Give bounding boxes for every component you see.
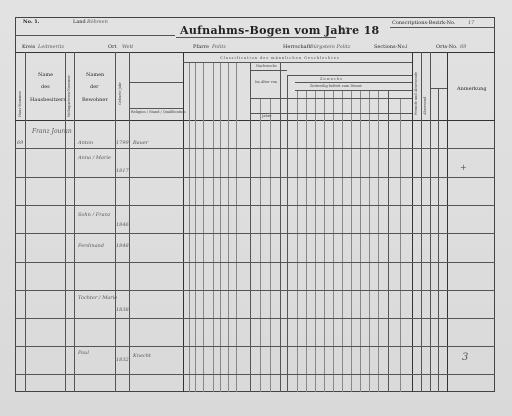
row-divider xyxy=(15,233,495,234)
nachwuchs-header: Nachwuchs xyxy=(256,64,277,68)
row-qualification: Knecht xyxy=(133,353,151,359)
row-birth: 1848 xyxy=(116,243,129,249)
col-line xyxy=(129,52,130,392)
divider xyxy=(390,27,495,28)
row-qualification: Bauer xyxy=(133,140,148,146)
residents-header-2: der xyxy=(90,84,99,90)
col-line xyxy=(400,98,401,392)
census-page: No. 1. Land Böhmen Aufnahms-Bogen vom Ja… xyxy=(0,0,512,416)
row-divider xyxy=(15,318,495,319)
row-divider xyxy=(15,177,495,178)
divider xyxy=(250,113,412,114)
conscription-value: 17 xyxy=(468,20,474,26)
row-resident: Sohn / Franz xyxy=(78,212,110,218)
kreis-value: Leitmeritz xyxy=(38,44,64,50)
divider xyxy=(129,82,183,83)
birth-year-header: Geburts-Jahr xyxy=(118,82,122,105)
col-line xyxy=(250,62,251,392)
row-birth: 1799 xyxy=(116,140,129,146)
divider xyxy=(295,82,412,83)
row-owner: Franz Jouran xyxy=(32,128,72,135)
col-line xyxy=(220,62,221,392)
form-title: Aufnahms-Bogen vom Jahre 18 xyxy=(180,24,380,37)
col-line xyxy=(270,98,271,392)
pfarre-label: Pfarre xyxy=(193,44,209,50)
col-line xyxy=(228,62,229,392)
remarks-header: Anmerkung xyxy=(457,86,487,92)
zeitweilig-header: Zeitweilig befreit zum Dienst xyxy=(310,84,362,88)
col-line xyxy=(65,52,66,392)
col-line xyxy=(260,98,261,392)
col-line xyxy=(74,52,75,392)
divider xyxy=(250,70,287,71)
col-line xyxy=(236,62,237,392)
row-resident: Paul xyxy=(78,350,89,356)
orts-value: 69 xyxy=(460,44,466,50)
col-line xyxy=(412,52,413,392)
pfarre-value: Politz xyxy=(212,44,226,50)
owner-header-1: Name xyxy=(38,72,53,78)
divider xyxy=(15,52,495,53)
row-divider xyxy=(15,262,495,263)
col-line xyxy=(447,52,448,392)
row-divider xyxy=(15,148,495,149)
divider xyxy=(15,35,175,36)
row-divider xyxy=(15,374,495,375)
row-remark: + xyxy=(460,163,467,172)
divider xyxy=(295,90,412,91)
divider xyxy=(129,108,183,109)
in-alter-header: Im Alter von xyxy=(255,80,277,84)
row-resident: Anton xyxy=(78,140,93,146)
zuwachs-header: Zuwachs xyxy=(320,77,343,81)
divider xyxy=(183,62,412,63)
col-line xyxy=(430,52,431,392)
sections-value: 1 xyxy=(405,44,408,50)
land-label: Land xyxy=(73,19,86,25)
divider xyxy=(15,120,495,121)
form-number: No. 1. xyxy=(23,19,40,25)
col-line xyxy=(421,52,422,392)
divider xyxy=(287,75,412,76)
herrschaft-label: Herrschaft xyxy=(283,44,311,50)
row-birth: 1832 xyxy=(116,357,129,363)
owner-header-3: Hausbesitzers xyxy=(30,97,66,103)
divider xyxy=(176,37,336,38)
row-remark: 3 xyxy=(462,352,468,363)
ort-label: Ort xyxy=(108,44,117,50)
row-divider xyxy=(15,205,495,206)
divider xyxy=(430,88,447,89)
land-value: Böhmen xyxy=(87,19,108,25)
col-line xyxy=(280,62,281,392)
col-line xyxy=(25,52,26,392)
col-line xyxy=(189,62,190,392)
row-divider xyxy=(15,346,495,347)
row-divider xyxy=(15,290,495,291)
abwesend-header: Abwesend xyxy=(423,97,427,115)
fremde-header: Fremde und Abwesende xyxy=(414,72,418,115)
divider xyxy=(250,98,412,99)
col-line xyxy=(195,62,196,392)
residents-header-1: Namen xyxy=(86,72,104,78)
house-number-header: Haus-Nummer xyxy=(18,91,22,117)
sections-label: Sections-No. xyxy=(374,44,406,50)
year-value: 57 xyxy=(340,27,349,35)
herrschaft-value: Bürgstein Politz xyxy=(310,44,350,50)
row-birth: 1817 xyxy=(116,168,129,174)
residence-number-header: Wohnparteien-Nummer xyxy=(67,75,71,117)
col-line xyxy=(203,62,204,392)
conscription-label: Conscriptions-Bezirk-No. xyxy=(392,20,455,26)
row-resident: Ferdinand xyxy=(78,243,104,249)
row-resident: Tochter / Marie xyxy=(78,295,117,301)
kreis-label: Kreis xyxy=(22,44,35,50)
col-line xyxy=(213,62,214,392)
orts-label: Orts-No. xyxy=(436,44,458,50)
row-birth: 1838 xyxy=(116,307,129,313)
residents-header-3: Bewohner xyxy=(82,97,108,103)
row-birth: 1846 xyxy=(116,222,129,228)
owner-header-2: des xyxy=(41,84,50,90)
col-line xyxy=(183,52,184,392)
status-header: Religion / Stand / Qualification xyxy=(131,110,186,114)
ort-value: Welt xyxy=(122,44,133,50)
row-resident: Anna / Marie xyxy=(78,155,111,161)
jahre-label: Jahre xyxy=(262,114,272,118)
classification-header: Classification des männlichen Geschlecht… xyxy=(220,56,340,60)
row-house-number: 69 xyxy=(17,140,23,146)
